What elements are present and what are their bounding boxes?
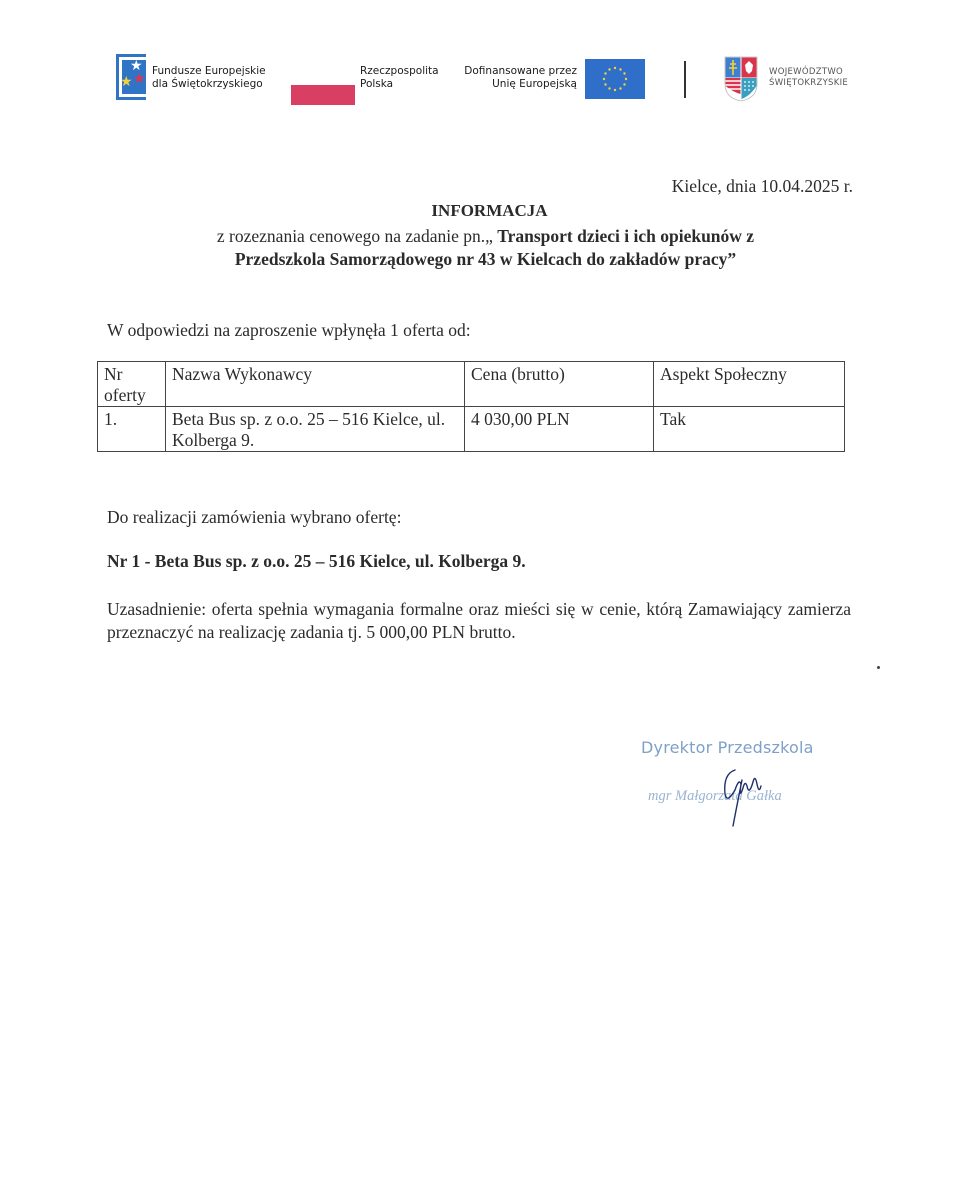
cell-social-aspect: Tak (654, 407, 845, 452)
header-cena: Cena (brutto) (465, 362, 654, 407)
fundusze-europejskie-label: Fundusze Europejskie dla Świętokrzyskieg… (152, 65, 266, 91)
header-nazwa-wykonawcy: Nazwa Wykonawcy (166, 362, 465, 407)
header-aspekt-spoleczny: Aspekt Społeczny (654, 362, 845, 407)
scan-speck (877, 666, 880, 669)
fundusze-europejskie-logo-icon: ★ ★ ★ (116, 54, 146, 100)
cell-price: 4 030,00 PLN (465, 407, 654, 452)
eu-flag-icon (585, 59, 645, 99)
stamp-title: Dyrektor Przedszkola (641, 738, 814, 757)
document-subtitle: z rozeznania cenowego na zadanie pn.„ Tr… (0, 225, 971, 271)
cell-contractor-name: Beta Bus sp. z o.o. 25 – 516 Kielce, ul.… (166, 407, 465, 452)
rzeczpospolita-label: Rzeczpospolita Polska (360, 65, 439, 91)
justification-paragraph: Uzasadnienie: oferta spełnia wymagania f… (107, 598, 851, 644)
header-nr-oferty: Nr oferty (98, 362, 166, 407)
chosen-offer: Nr 1 - Beta Bus sp. z o.o. 25 – 516 Kiel… (107, 551, 526, 572)
header-logos: ★ ★ ★ Fundusze Europejskie dla Świętokrz… (0, 52, 971, 108)
logo-divider (684, 61, 686, 98)
document-date: Kielce, dnia 10.04.2025 r. (672, 176, 853, 197)
wojewodztwo-label: WOJEWÓDZTWO ŚWIĘTOKRZYSKIE (769, 67, 848, 89)
table-row: 1. Beta Bus sp. z o.o. 25 – 516 Kielce, … (98, 407, 845, 452)
document-title: INFORMACJA (0, 201, 971, 221)
subtitle-task-name-line1: Transport dzieci i ich opiekunów z (497, 226, 754, 246)
eu-cofinanced-label: Dofinansowane przez Unię Europejską (463, 65, 577, 91)
subtitle-prefix: z rozeznania cenowego na zadanie pn.„ (217, 226, 497, 246)
swietokrzyskie-crest-icon (724, 56, 758, 102)
subtitle-task-name-line2: Przedszkola Samorządowego nr 43 w Kielca… (235, 249, 736, 269)
table-header-row: Nr oferty Nazwa Wykonawcy Cena (brutto) … (98, 362, 845, 407)
offers-intro: W odpowiedzi na zaproszenie wpłynęła 1 o… (107, 320, 471, 341)
polish-flag-icon (291, 85, 355, 105)
cell-offer-number: 1. (98, 407, 166, 452)
offers-table: Nr oferty Nazwa Wykonawcy Cena (brutto) … (97, 361, 845, 452)
handwritten-signature (715, 760, 775, 830)
chosen-offer-label: Do realizacji zamówienia wybrano ofertę: (107, 507, 401, 528)
